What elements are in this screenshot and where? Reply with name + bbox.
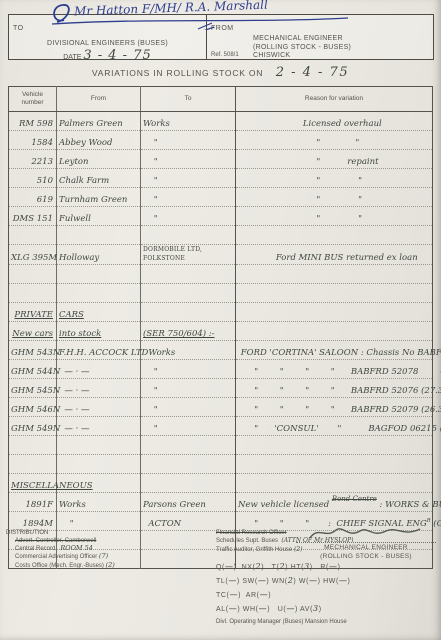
cell-to: " bbox=[141, 150, 236, 169]
cell-vehicle: PRIVATE bbox=[9, 303, 57, 322]
cell-reason: " repaint bbox=[236, 150, 433, 169]
cell-from: CARS bbox=[57, 303, 141, 322]
cell-to bbox=[141, 474, 236, 493]
cell-from bbox=[57, 226, 141, 245]
ref-number: Ref. 508/1 bbox=[211, 52, 239, 58]
cell-vehicle: 2213 bbox=[9, 150, 57, 169]
cell-from: into stock bbox=[57, 322, 141, 341]
cell-to bbox=[141, 265, 236, 284]
cell-from bbox=[57, 455, 141, 474]
recipient: DIVISIONAL ENGINEERS (BUSES) bbox=[13, 40, 202, 47]
cell-to bbox=[141, 284, 236, 303]
cell-vehicle: GHM 546N bbox=[9, 398, 57, 417]
cell-vehicle: 510 bbox=[9, 169, 57, 188]
cell-to: " bbox=[141, 360, 236, 379]
cell-to: " bbox=[141, 169, 236, 188]
cell-to bbox=[141, 303, 236, 322]
cell-from bbox=[57, 436, 141, 455]
cell-vehicle: GHM 549N bbox=[9, 417, 57, 436]
to-label: TO bbox=[13, 25, 24, 32]
cell-reason: FORD 'CORTINA' SALOON : Chassis No BABFR… bbox=[236, 341, 433, 360]
cell-reason bbox=[236, 226, 433, 245]
signatory-title-2: (ROLLING STOCK - BUSES) bbox=[296, 553, 436, 561]
column-header: Vehicle number bbox=[9, 87, 57, 112]
table-row: DMS 151Fulwell " " " bbox=[9, 207, 433, 226]
column-header: To bbox=[141, 87, 236, 112]
table-row: MISCELLANEOUS bbox=[9, 474, 433, 493]
cell-to bbox=[141, 455, 236, 474]
column-header: From bbox=[57, 87, 141, 112]
column-header: Reason for variation bbox=[236, 87, 433, 112]
cell-from: Leyton bbox=[57, 150, 141, 169]
signature-block: MECHANICAL ENGINEER (ROLLING STOCK - BUS… bbox=[296, 524, 436, 561]
cell-vehicle: DMS 151 bbox=[9, 207, 57, 226]
table-row: 619Turnham Green " " " bbox=[9, 188, 433, 207]
cell-vehicle: GHM 544N bbox=[9, 360, 57, 379]
cell-reason: Ford MINI BUS returned ex loan 41E bbox=[236, 245, 433, 265]
cell-from: — · — bbox=[57, 417, 141, 436]
cell-from: Palmers Green bbox=[57, 112, 141, 131]
cell-vehicle bbox=[9, 455, 57, 474]
cell-reason bbox=[236, 284, 433, 303]
cell-to bbox=[141, 226, 236, 245]
sender-name: MECHANICAL ENGINEER bbox=[253, 35, 429, 44]
cell-to: Works bbox=[141, 112, 236, 131]
title-date-handwritten: 2 - 4 - 75 bbox=[276, 65, 349, 80]
cell-reason: " 'CONSUL' " BAGFOD 06215 (27.3.75) bbox=[236, 417, 433, 436]
signature-squiggle-icon bbox=[306, 524, 426, 542]
cell-vehicle bbox=[9, 226, 57, 245]
cell-from: — · — bbox=[57, 360, 141, 379]
cell-to: " bbox=[141, 207, 236, 226]
list-item: Costs Office (Mech. Engr.-Buses) (2) bbox=[15, 562, 214, 570]
sender-dept: (ROLLING STOCK - BUSES) bbox=[253, 44, 429, 53]
date-handwritten: 3 - 4 - 75 bbox=[83, 48, 151, 63]
cell-to: DORMOBILE LTD, FOLKSTONE bbox=[141, 245, 236, 265]
cell-to bbox=[141, 436, 236, 455]
cell-reason bbox=[236, 436, 433, 455]
date-label: DATE bbox=[63, 54, 81, 61]
top-handwritten-annotation: Mr Hatton F/MH/ R.A. Marshall bbox=[48, 0, 378, 30]
cell-vehicle: 1894M bbox=[9, 512, 57, 531]
cell-vehicle: 1584 bbox=[9, 131, 57, 150]
district-engineer-codes: Q(—) NX(2) T(2) HT(3) R(—)TL(—) SW(—) WN… bbox=[216, 560, 386, 616]
table-row bbox=[9, 265, 433, 284]
cell-to: (SER 750/604) :- bbox=[141, 322, 236, 341]
table-row: GHM 549N — · — " " 'CONSUL' " BAGFOD 062… bbox=[9, 417, 433, 436]
list-item: Central Record ROOM 54 bbox=[15, 545, 214, 553]
cell-from: Works bbox=[57, 493, 141, 512]
table-row: 510Chalk Farm " " " bbox=[9, 169, 433, 188]
cell-from: Chalk Farm bbox=[57, 169, 141, 188]
cell-vehicle: New cars bbox=[9, 322, 57, 341]
cell-reason bbox=[236, 265, 433, 284]
table-row: 1584Abbey Wood " " " bbox=[9, 131, 433, 150]
cell-vehicle: 619 bbox=[9, 188, 57, 207]
table-row: 2213Leyton " " repaint bbox=[9, 150, 433, 169]
cell-from: Abbey Wood bbox=[57, 131, 141, 150]
signatory-title-1: MECHANICAL ENGINEER bbox=[296, 544, 436, 552]
table-row bbox=[9, 436, 433, 455]
cell-reason: New vehicle licensed Bond Centre : WORKS… bbox=[236, 493, 433, 512]
table-row: 1891FWorksParsons GreenNew vehicle licen… bbox=[9, 493, 433, 512]
table-row: GHM 543NF.H.H. ACCOCK LTD Works FORD 'CO… bbox=[9, 341, 433, 360]
sender-lines: MECHANICAL ENGINEER (ROLLING STOCK - BUS… bbox=[253, 35, 429, 61]
cell-vehicle bbox=[9, 436, 57, 455]
divl-operating-manager: Divl. Operating Manager (Buses) Mansion … bbox=[216, 619, 386, 626]
table-row: GHM 545N — · — " " " " " BABFRD 52076 (2… bbox=[9, 379, 433, 398]
cell-reason: " " bbox=[236, 207, 433, 226]
cell-to: " bbox=[141, 398, 236, 417]
district-code-line: TC(—) AR(—) bbox=[216, 588, 386, 602]
cell-from: — · — bbox=[57, 398, 141, 417]
cell-reason: " " " " BABFRD 52078 — · — bbox=[236, 360, 433, 379]
table-header-row: Vehicle numberFromToReason for variation bbox=[9, 87, 433, 112]
list-item: Advert. Controller, Camberwell bbox=[15, 538, 214, 545]
distribution-heading: DISTRIBUTION bbox=[6, 530, 214, 537]
cell-reason bbox=[236, 303, 433, 322]
table-row: GHM 544N — · — " " " " " BABFRD 52078 — … bbox=[9, 360, 433, 379]
cell-vehicle: MISCELLANEOUS bbox=[9, 474, 57, 493]
table-row: RM 598Palmers GreenWorks Licensed overha… bbox=[9, 112, 433, 131]
cell-from bbox=[57, 284, 141, 303]
table-row: GHM 546N — · — " " " " " BABFRD 52079 (2… bbox=[9, 398, 433, 417]
cell-from: — · — bbox=[57, 379, 141, 398]
cell-vehicle: 1891F bbox=[9, 493, 57, 512]
cell-reason bbox=[236, 455, 433, 474]
sender-location: CHISWICK bbox=[253, 52, 429, 61]
cell-to: " bbox=[141, 131, 236, 150]
cell-vehicle bbox=[9, 284, 57, 303]
cell-vehicle: GHM 545N bbox=[9, 379, 57, 398]
form-title: VARIATIONS IN ROLLING STOCK ON 2 - 4 - 7… bbox=[0, 63, 441, 81]
district-code-line: AL(—) WH(—) U(—) AV(3) bbox=[216, 602, 386, 616]
cell-vehicle: GHM 543N bbox=[9, 341, 57, 360]
cell-reason bbox=[236, 474, 433, 493]
title-text: VARIATIONS IN ROLLING STOCK ON bbox=[92, 68, 263, 78]
cell-reason: " " bbox=[236, 188, 433, 207]
cell-from: Fulwell bbox=[57, 207, 141, 226]
cell-from: " bbox=[57, 512, 141, 531]
cell-vehicle: RM 598 bbox=[9, 112, 57, 131]
cell-vehicle: XLG 395M bbox=[9, 245, 57, 265]
district-code-line: TL(—) SW(—) WN(2) W(—) HW(—) bbox=[216, 574, 386, 588]
cell-vehicle bbox=[9, 265, 57, 284]
cell-to: Parsons Green bbox=[141, 493, 236, 512]
table-row bbox=[9, 455, 433, 474]
cell-reason: " " bbox=[236, 131, 433, 150]
cell-reason bbox=[236, 322, 433, 341]
table-row: PRIVATECARS bbox=[9, 303, 433, 322]
cell-from: Turnham Green bbox=[57, 188, 141, 207]
cell-to: " bbox=[141, 417, 236, 436]
cell-to: " bbox=[141, 379, 236, 398]
cell-reason: " " bbox=[236, 169, 433, 188]
table-row: XLG 395MHollowayDORMOBILE LTD, FOLKSTONE… bbox=[9, 245, 433, 265]
cell-reason: " " " " BABFRD 52076 (27.3.75) bbox=[236, 379, 433, 398]
variations-table: Vehicle numberFromToReason for variation… bbox=[8, 86, 433, 569]
cell-to: " bbox=[141, 188, 236, 207]
scanned-memo-form: Mr Hatton F/MH/ R.A. Marshall TO DIVISIO… bbox=[0, 0, 441, 640]
district-code-line: Q(—) NX(2) T(2) HT(3) R(—) bbox=[216, 560, 386, 574]
date-line: DATE 3 - 4 - 75 bbox=[13, 48, 202, 63]
cell-from: Holloway bbox=[57, 245, 141, 265]
cell-from: F.H.H. ACCOCK LTD bbox=[57, 341, 141, 360]
cell-reason: " " " " BABFRD 52079 (26.3.75) bbox=[236, 398, 433, 417]
signature bbox=[296, 524, 436, 543]
distribution-list: DISTRIBUTION Advert. Controller, Camberw… bbox=[6, 530, 214, 570]
cell-from bbox=[57, 265, 141, 284]
table-row: New carsinto stock(SER 750/604) :- bbox=[9, 322, 433, 341]
cell-to: Works bbox=[141, 341, 236, 360]
cell-to: ACTON bbox=[141, 512, 236, 531]
cell-reason: Licensed overhaul bbox=[236, 112, 433, 131]
table-row bbox=[9, 226, 433, 245]
table-row bbox=[9, 284, 433, 303]
